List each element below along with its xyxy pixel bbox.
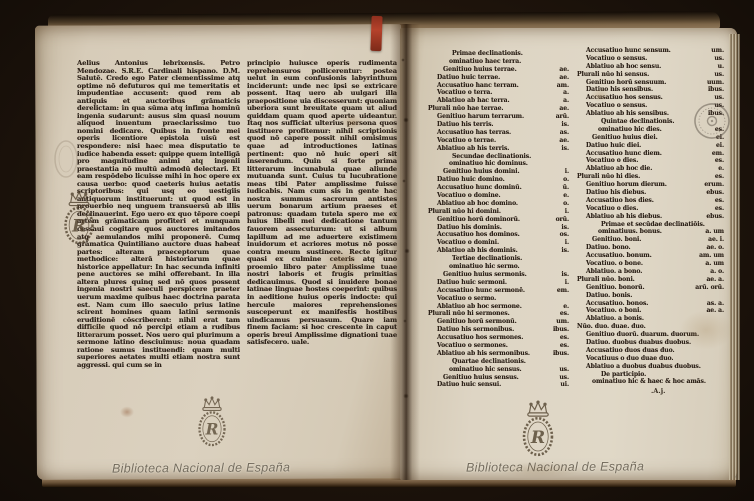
declension-row: Ablatiuo ab hac terra. a. — [428, 97, 569, 105]
declension-row: Genitiuo huius domini. i. — [428, 168, 569, 176]
declension-form: Accusatiuo. bonos. — [586, 300, 648, 307]
declension-ending: es. — [712, 205, 724, 212]
declension-row: Datiuo his sermonibus. ibus. — [428, 326, 569, 334]
declension-ending: a. um — [702, 260, 724, 267]
declension-row: Accusatiuo hunc dominū. ū. — [428, 184, 569, 192]
declension-ending: um. — [708, 47, 724, 54]
declension-form: Datiuo huic domino. — [437, 176, 505, 183]
declension-ending: is. — [558, 145, 569, 152]
declension-ending: es. — [557, 342, 569, 349]
declension-row: Accusatiuo. bonos. as. a. — [577, 300, 724, 308]
declension-row: Genitiuo huius sermonis. is. — [428, 271, 569, 279]
red-edge-mark — [370, 16, 382, 51]
declension-ending: us. — [711, 71, 724, 78]
declension-ending: os. — [557, 231, 569, 238]
declension-ending: o. — [560, 200, 569, 207]
declension-row: Vocatiuo o sermones. es. — [428, 342, 569, 350]
left-page-column-2-text: principio huiusce operis rudimenta repre… — [247, 60, 397, 375]
declension-form: Genitiuo huius diei. — [592, 134, 658, 141]
declension-row: Ablatiuo ab his diebus. ebus. — [577, 213, 724, 221]
declension-row: Plurali nūo hi domini. i. — [428, 208, 569, 216]
declension-row: Ablatiuo ab his terris. is. — [428, 145, 569, 153]
declension-row: Datiuo huic terrae. ae. — [428, 74, 569, 82]
declension-row: Accusatiuo. bonum. am. um — [577, 252, 724, 260]
declension-row: Vocatiuo o domini. i. — [428, 239, 569, 247]
declension-ending: ae. a. — [703, 307, 724, 314]
declension-form: Vocatiuo o sermo. — [437, 295, 496, 302]
declension-form: Plurali nūo hi domini. — [428, 208, 501, 215]
declension-form: Genitiuo horū sensuum. — [586, 79, 666, 86]
declension-row: ominatiuo hic sermo. — [428, 263, 569, 271]
declension-row: Ablatiuo ab his dominis. is. — [428, 247, 569, 255]
declension-form: Genitiuo horū dominorū. — [437, 216, 520, 223]
declension-form: ominatiuo haec terra. — [449, 58, 521, 65]
declension-row: ominatiuo hic & haec & hoc amās. — [577, 378, 724, 386]
declension-form: Ablatiuo ab hoc die. — [586, 165, 652, 172]
declension-row: Accusatiuo hos dominos. os. — [428, 231, 569, 239]
declension-form: Vocatiuo o sensus. — [586, 55, 647, 62]
declension-form: Vocatiuo o terrae. — [437, 137, 496, 144]
declension-form: Ablatiuo ab his sensibus. — [586, 110, 669, 117]
declension-ending: ui. — [557, 381, 569, 388]
declension-ending: es. — [557, 334, 569, 341]
declension-form: Datiuo huic diei. — [586, 142, 641, 149]
declension-row: ominatiuus. bonus. a. um — [577, 228, 724, 236]
declension-row: Vocatiuus o duo duae duo. — [577, 355, 724, 363]
declension-row: ominatiuo hic dominus. — [428, 160, 569, 168]
declension-ending: is. — [558, 271, 569, 278]
declension-row: Vocatiuo. o bone. a. um — [577, 260, 724, 268]
declension-ending: uum. — [704, 79, 724, 86]
declension-form: Vocatiuo o domini. — [437, 239, 499, 246]
declension-row: Ablatiuo ab hoc domino. o. — [428, 200, 569, 208]
declension-row: Ablatiuo. a bono. a. o. — [577, 268, 724, 276]
svg-text:R: R — [530, 428, 545, 448]
declension-form: Vocatiuo. o bone. — [586, 260, 643, 267]
declension-ending: ae. — [556, 105, 569, 112]
declension-form: Ablatiuo ab his sermonibus. — [437, 350, 530, 357]
declension-row: Vocatiuo o dies. es. — [577, 205, 724, 213]
declension-row: Genitiuo horū sensuum. uum. — [577, 79, 724, 87]
declension-ending: ae. o. — [703, 244, 724, 251]
declension-column-2: Accusatiuo hunc sensum. um. Vocatiuo o s… — [577, 47, 724, 386]
declension-row: Quartae declinationis. — [428, 358, 569, 366]
declension-ending: erum. — [701, 181, 724, 188]
declension-row: ominatiuo hic sensus. us. — [428, 366, 569, 374]
declension-ending: es. — [712, 197, 724, 204]
declension-ending: em. — [554, 287, 569, 294]
declension-row: Datiuo. duobus duabus duobus. — [577, 339, 724, 347]
declension-row: Genitiuo horum dierum. erum. — [577, 181, 724, 189]
declension-row: Accusatiuo hos sensus. us. — [577, 94, 724, 102]
declension-row: Genitiuo duorū. duarum. duorum. — [577, 331, 724, 339]
declension-row: Genitiuo horū dominorū. orū. — [428, 216, 569, 224]
declension-form: Ablatiuo ab his dominis. — [437, 247, 518, 254]
declension-row: Datiuo huic domino. o. — [428, 176, 569, 184]
declension-row: Genitiuo. bonorū. arū. orū. — [577, 284, 724, 292]
declension-form: Vocatiuo o sensus. — [586, 102, 647, 109]
declension-row: Plurali nūo hi dies. es. — [577, 173, 724, 181]
declension-ending: i. — [562, 239, 569, 246]
declension-ending: e. — [560, 303, 569, 310]
declension-ending: am. — [554, 82, 569, 89]
declension-row: Ablatiuo. a bonis. — [577, 315, 724, 323]
declension-form: Quintae declinationis. — [601, 118, 674, 125]
declension-row: Genitiuo huius sensus. us. — [428, 374, 569, 382]
declension-ending: ae. — [556, 137, 569, 144]
declension-form: Primae declinationis. — [452, 50, 523, 57]
declension-form: Accusatiuo hos dominos. — [437, 231, 520, 238]
declension-row: Vocatiuo o terrae. ae. — [428, 137, 569, 145]
declension-form: ominatiuo hic sensus. — [449, 366, 522, 373]
declension-ending: us. — [556, 374, 569, 381]
declension-form: Datiuo his terris. — [437, 121, 493, 128]
declension-form: Accusatiuo hos sermones. — [437, 334, 523, 341]
declension-form: Datiuo. duobus duabus duobus. — [586, 339, 691, 346]
declension-row: Genitiuo. boni. ae. i. — [577, 236, 724, 244]
declension-ending: us. — [711, 55, 724, 62]
declension-form: Quartae declinationis. — [452, 358, 526, 365]
declension-row: Ablatiuo ab his sermonibus. ibus. — [428, 350, 569, 358]
declension-form: Plurali nūo hi sensus. — [577, 71, 649, 78]
declension-row: Accusatiuo hunc diem. em. — [577, 150, 724, 158]
declension-row: Datiuo his terris. is. — [428, 121, 569, 129]
declension-form: Vocatiuo o domine. — [437, 192, 501, 199]
declension-form: ominatiuo hic dies. — [598, 126, 662, 133]
declension-form: Datiuo. bonis. — [586, 292, 632, 299]
declension-form: Datiuo huic sensui. — [437, 381, 501, 388]
declension-row: Plurali nūo hi sermones. es. — [428, 310, 569, 318]
declension-form: Accusatiuo hunc sensum. — [586, 47, 671, 54]
declension-ending: as. — [557, 129, 569, 136]
declension-row: Accusatiuo hunc sensum. um. — [577, 47, 724, 55]
declension-row: Vocatiuo o sensus. us. — [577, 55, 724, 63]
declension-form: Accusatiuo hunc sermonē. — [437, 287, 525, 294]
declension-form: Vocatiuo o dies. — [586, 205, 638, 212]
declension-form: Accusatiuo hunc diem. — [586, 150, 662, 157]
declension-ending: arū. orū. — [692, 284, 724, 291]
crowned-monogram-stamp: R — [58, 190, 100, 246]
declension-row: Vocatiuo o dies. es. — [577, 157, 724, 165]
declension-ending: ibus. — [550, 326, 569, 333]
declension-form: Accusatiuo hunc dominū. — [437, 184, 522, 191]
declension-form: Genitiuo huius sermonis. — [443, 271, 527, 278]
declension-row: Primae et secūdae declinatiōis. — [577, 221, 724, 229]
right-fore-edge — [729, 34, 740, 480]
declension-form: Ablatiuo ab hac terra. — [437, 97, 510, 104]
declension-form: Ablatiuo. a bono. — [586, 268, 642, 275]
declension-row: Datiuo his sensibus. ibus. — [577, 86, 724, 94]
declension-row: Vocatiuo o sermo. — [428, 295, 569, 303]
crowned-monogram-stamp: R — [190, 396, 234, 448]
declension-form: Datiuo his sermonibus. — [437, 326, 514, 333]
declension-ending: is. — [558, 224, 569, 231]
left-page-column-1-text: Aelius Antonius lebrixensis. Petro Mendo… — [77, 60, 240, 402]
declension-ending: e. — [715, 165, 724, 172]
declension-form: Datiuo huic terrae. — [437, 74, 500, 81]
declension-row: Accusatiuo hos dies. es. — [577, 197, 724, 205]
declension-ending: a. um — [702, 228, 724, 235]
declension-ending: arū. — [553, 113, 569, 120]
declension-row: Datiuo. bono. ae. o. — [577, 244, 724, 252]
declension-row: ominatiuo haec terra. — [428, 58, 569, 66]
declension-form: Genitiuo horū sermonū. — [437, 318, 517, 325]
declension-form: Ablatiuo. a bonis. — [586, 315, 644, 322]
declension-form: Accusatiuo has terras. — [437, 129, 511, 136]
declension-form: Plurali nūo hi dies. — [577, 173, 640, 180]
declension-ending: em. — [709, 150, 724, 157]
declension-ending: ebus. — [703, 189, 724, 196]
declension-form: ominatiuo hic dominus. — [449, 160, 528, 167]
declension-form: Nūo. duo. duae. duo. — [577, 323, 646, 330]
declension-row: Secundae declinationis. — [428, 153, 569, 161]
declension-form: ominatiuus. bonus. — [598, 228, 662, 235]
declension-form: De participio. — [601, 371, 646, 378]
declension-form: Plurali nūo. boni. — [577, 276, 635, 283]
declension-ending: ae. i. — [705, 236, 724, 243]
declension-ending: i. — [562, 208, 569, 215]
declension-form: Ablatiuo ab hoc sermone. — [437, 303, 522, 310]
declension-form: ominatiuo hic sermo. — [449, 263, 520, 270]
declension-form: Secundae declinationis. — [452, 153, 531, 160]
declension-form: Ablatiuo ab hoc sensu. — [586, 63, 661, 70]
declension-row: Accusatiuo duos duas duo. — [577, 347, 724, 355]
declension-form: Primae et secūdae declinatiōis. — [601, 221, 705, 228]
declension-ending: e. — [560, 192, 569, 199]
declension-ending: es. — [712, 173, 724, 180]
declension-row: Ablatiuo ab hoc die. e. — [577, 165, 724, 173]
declension-ending: is. — [558, 247, 569, 254]
declension-ending: ae. — [556, 66, 569, 73]
crowned-monogram-stamp: R — [516, 400, 560, 458]
declension-ending: um. — [553, 318, 569, 325]
declension-form: Accusatiuo hos sensus. — [586, 94, 663, 101]
declension-form: Ablatiuo ab his terris. — [437, 145, 509, 152]
declension-ending: i. — [562, 168, 569, 175]
declension-row: Accusatiuo has terras. as. — [428, 129, 569, 137]
declension-row: Tertiae declinationis. — [428, 255, 569, 263]
declension-form: Accusatiuo hanc terram. — [437, 82, 519, 89]
declension-ending: us. — [556, 366, 569, 373]
declension-ending: o. — [560, 176, 569, 183]
declension-form: Plurali nūo hae terrae. — [428, 105, 503, 112]
declension-ending: ū. — [560, 184, 569, 191]
declension-form: Accusatiuo duos duas duo. — [586, 347, 674, 354]
declension-ending: is. — [558, 121, 569, 128]
watermark-biblioteca-nacional: Biblioteca Nacional de España — [466, 459, 644, 474]
declension-ending: ebus. — [703, 213, 724, 220]
declension-row: Genitiuo harum terrarum. arū. — [428, 113, 569, 121]
quire-signature-mark: .A.j. — [651, 387, 665, 395]
declension-row: Datiuo his dominis. is. — [428, 224, 569, 232]
declension-row: Plurali nūo. boni. ae. a. — [577, 276, 724, 284]
faint-oval-stamp — [52, 138, 80, 180]
watermark-biblioteca-nacional: Biblioteca Nacional de España — [112, 460, 290, 475]
declension-ending: ei. — [713, 142, 724, 149]
declension-form: Tertiae declinationis. — [452, 255, 522, 262]
declension-ending: u. — [715, 63, 724, 70]
declension-row: Plurali nūo hi sensus. us. — [577, 71, 724, 79]
declension-form: Ablatiuo ab his diebus. — [586, 213, 662, 220]
declension-row: Nūo. duo. duae. duo. — [577, 323, 724, 331]
declension-column-1: Primae declinationis. ominatiuo haec ter… — [428, 50, 569, 389]
declension-form: Datiuo his sensibus. — [586, 86, 653, 93]
declension-form: Accusatiuo. bonum. — [586, 252, 652, 259]
declension-ending: ae. — [556, 74, 569, 81]
declension-form: Genitiuo horum dierum. — [586, 181, 667, 188]
declension-ending: ibus. — [705, 86, 724, 93]
declension-row: Primae declinationis. — [428, 50, 569, 58]
declension-form: Ablatiuo ab hoc domino. — [437, 200, 518, 207]
declension-form: Accusatiuo hos dies. — [586, 197, 654, 204]
declension-ending: es. — [557, 310, 569, 317]
declension-row: Accusatiuo hanc terram. am. — [428, 82, 569, 90]
declension-form: Datiuo his dominis. — [437, 224, 502, 231]
declension-form: Genitiuo. boni. — [592, 236, 641, 243]
declension-row: Genitiuo huius terrae. ae. — [428, 66, 569, 74]
declension-form: Vocatiuo. o boni. — [586, 307, 641, 314]
declension-ending: a. — [560, 97, 569, 104]
declension-row: Datiuo. bonis. — [577, 292, 724, 300]
declension-form: Datiuo huic sermoni. — [437, 279, 507, 286]
declension-row: Plurali nūo hae terrae. ae. — [428, 105, 569, 113]
declension-form: Plurali nūo hi sermones. — [428, 310, 510, 317]
declension-row: Vocatiuo o terra. a. — [428, 89, 569, 97]
declension-ending: ae. a. — [703, 276, 724, 283]
declension-row: De participio. — [577, 371, 724, 379]
declension-row: Genitiuo horū sermonū. um. — [428, 318, 569, 326]
declension-row: Vocatiuo o domine. e. — [428, 192, 569, 200]
declension-ending: es. — [712, 157, 724, 164]
declension-ending: a. o. — [707, 268, 724, 275]
declension-ending: i. — [562, 279, 569, 286]
declension-form: Genitiuo duorū. duarum. duorum. — [586, 331, 699, 338]
declension-row: Ablatiuo a duobus duabus duobus. — [577, 363, 724, 371]
declension-form: ominatiuo hic & haec & hoc amās. — [592, 378, 706, 385]
declension-form: Vocatiuo o terra. — [437, 89, 492, 96]
declension-form: Datiuo his diebus. — [586, 189, 646, 196]
svg-text:R: R — [71, 215, 86, 235]
declension-form: Genitiuo huius domini. — [443, 168, 520, 175]
declension-form: Datiuo. bono. — [586, 244, 631, 251]
declension-row: Datiuo huic sermoni. i. — [428, 279, 569, 287]
declension-form: Genitiuo huius terrae. — [443, 66, 517, 73]
declension-row: Ablatiuo ab hoc sermone. e. — [428, 303, 569, 311]
declension-ending: as. a. — [704, 300, 724, 307]
declension-row: Accusatiuo hos sermones. es. — [428, 334, 569, 342]
declension-row: Ablatiuo ab hoc sensu. u. — [577, 63, 724, 71]
declension-form: Vocatiuus o duo duae duo. — [586, 355, 673, 362]
declension-ending: orū. — [553, 216, 569, 223]
declension-form: Vocatiuo o sermones. — [437, 342, 508, 349]
declension-row: Vocatiuo. o boni. ae. a. — [577, 307, 724, 315]
declension-form: Genitiuo. bonorū. — [586, 284, 644, 291]
declension-form: Genitiuo harum terrarum. — [437, 113, 524, 120]
declension-row: Datiuo his diebus. ebus. — [577, 189, 724, 197]
declension-row: Accusatiuo hunc sermonē. em. — [428, 287, 569, 295]
declension-form: Vocatiuo o dies. — [586, 157, 638, 164]
declension-ending: a. — [560, 89, 569, 96]
declension-form: Ablatiuo a duobus duabus duobus. — [586, 363, 701, 370]
declension-ending: ibus. — [550, 350, 569, 357]
declension-ending: am. um — [696, 252, 724, 259]
declension-form: Genitiuo huius sensus. — [443, 374, 519, 381]
svg-text:R: R — [205, 421, 219, 439]
declension-row: Datiuo huic sensui. ui. — [428, 381, 569, 389]
